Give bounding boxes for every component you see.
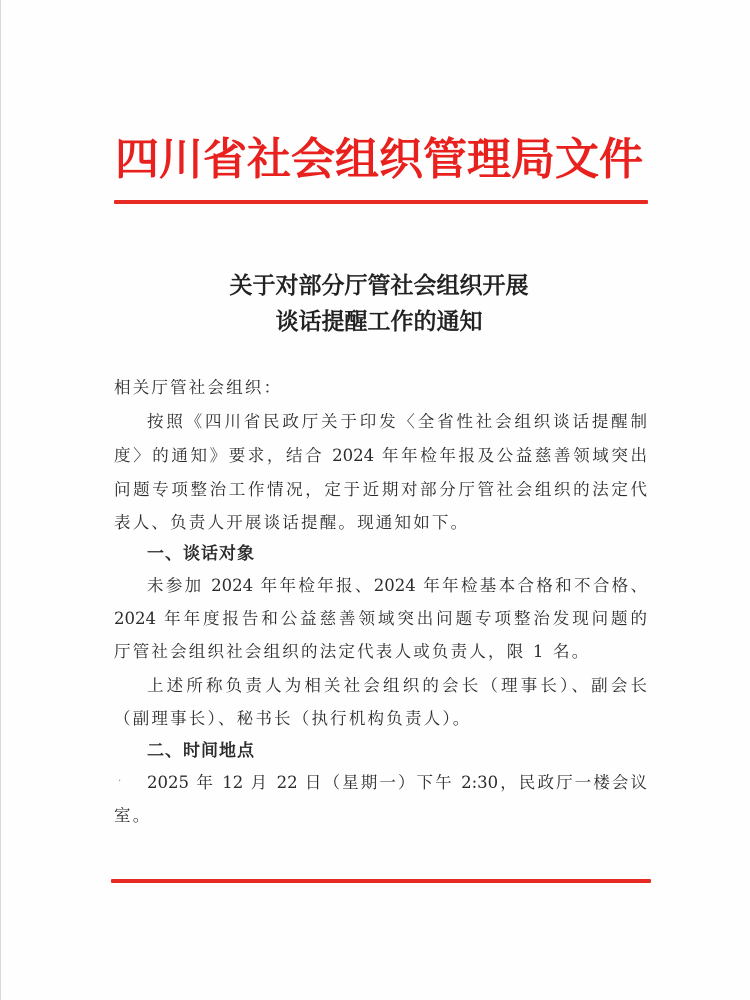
- paragraph-2-line-1: 未参加 2024 年年检年报、2024 年年检基本合格和不合格、: [147, 574, 647, 598]
- section-2-heading: 二、时间地点: [147, 739, 255, 763]
- paragraph-1-line-1: 按照《四川省民政厅关于印发〈全省性社会组织谈话提醒制: [147, 410, 647, 434]
- paragraph-4-line-1: 2025 年 12 月 22 日（星期一）下午 2:30，民政厅一楼会议: [147, 771, 647, 795]
- paragraph-3-line-2: （副理事长）、秘书长（执行机构负责人）。: [114, 707, 647, 731]
- document-title-line-2: 谈话提醒工作的通知: [101, 304, 657, 340]
- paragraph-1-line-4: 表人、负责人开展谈话提醒。现通知如下。: [114, 511, 647, 535]
- paragraph-1-line-2: 度〉的通知》要求，结合 2024 年年检年报及公益慈善领域突出: [114, 444, 647, 468]
- paragraph-4-line-2: 室。: [114, 804, 647, 828]
- footer-red-rule: [111, 879, 651, 883]
- masthead-title: 四川省社会组织管理局文件: [111, 128, 647, 192]
- scan-speck: ·: [118, 776, 121, 787]
- salutation: 相关厅管社会组织：: [114, 376, 647, 400]
- paragraph-3-line-1: 上述所称负责人为相关社会组织的会长（理事长）、副会长: [147, 674, 647, 698]
- paragraph-1-line-3: 问题专项整治工作情况，定于近期对部分厅管社会组织的法定代: [114, 478, 647, 502]
- masthead-red-rule: [114, 200, 648, 204]
- paragraph-2-line-3: 厅管社会组织社会组织的法定代表人或负责人，限 1 名。: [114, 640, 647, 664]
- paragraph-2-line-2: 2024 年年度报告和公益慈善领域突出问题专项整治发现问题的: [114, 607, 647, 631]
- section-1-heading: 一、谈话对象: [147, 542, 255, 566]
- document-page: 四川省社会组织管理局文件 关于对部分厅管社会组织开展 谈话提醒工作的通知 相关厅…: [0, 0, 750, 1000]
- document-title-line-1: 关于对部分厅管社会组织开展: [101, 268, 657, 304]
